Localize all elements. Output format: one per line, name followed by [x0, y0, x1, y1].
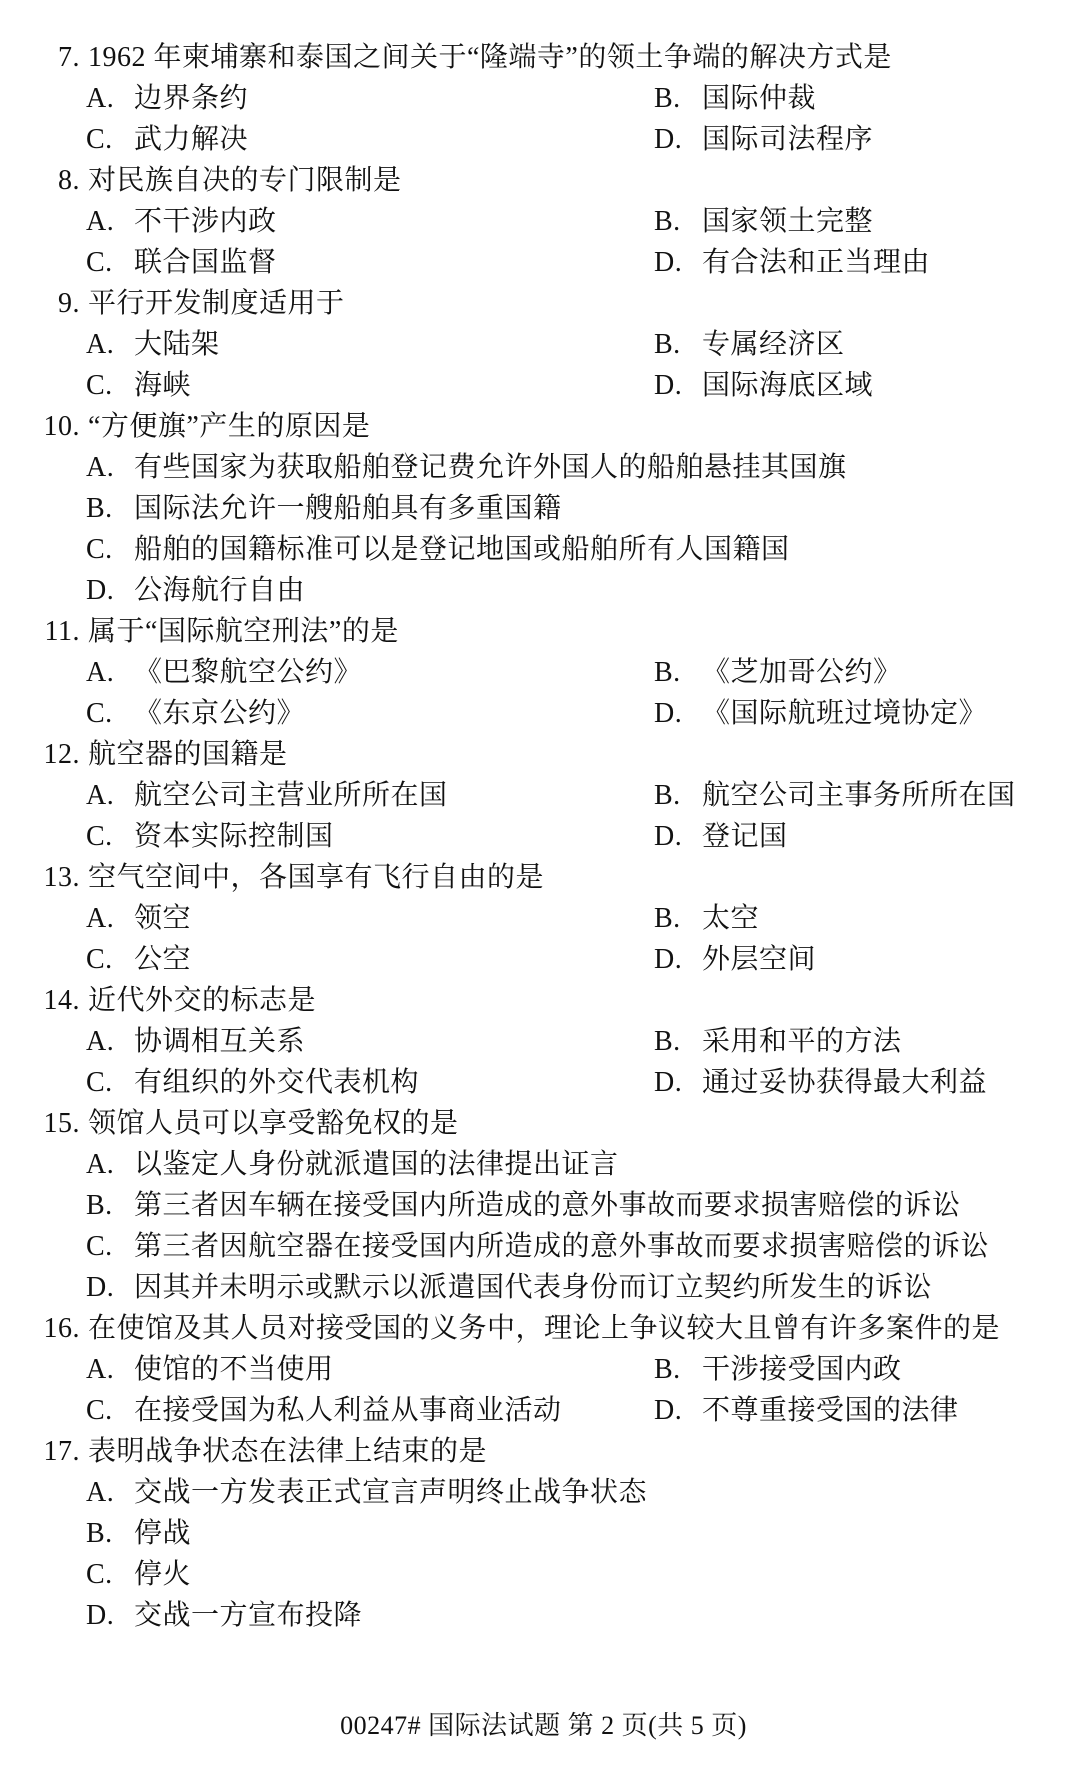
- option-text: 公海航行自由: [134, 570, 305, 611]
- option-label: A.: [86, 898, 134, 939]
- option: D.公海航行自由: [0, 570, 1073, 611]
- option-text: 联合国监督: [134, 242, 277, 283]
- option-label: C.: [86, 816, 134, 857]
- option-text: 不干涉内政: [134, 201, 277, 242]
- option-text: 协调相互关系: [134, 1021, 305, 1062]
- option-text: 资本实际控制国: [134, 816, 334, 857]
- option-text: 有合法和正当理由: [702, 242, 930, 283]
- question-stem: 对民族自决的专门限制是: [88, 160, 402, 201]
- option-text: 国际仲裁: [702, 78, 816, 119]
- question: 15. 领馆人员可以享受豁免权的是 A.以鉴定人身份就派遣国的法律提出证言 B.…: [0, 1103, 1073, 1308]
- option: C.海峡: [86, 365, 654, 406]
- question: 12. 航空器的国籍是 A.航空公司主营业所所在国 B.航空公司主事务所所在国 …: [0, 734, 1073, 857]
- option-label: C.: [86, 1062, 134, 1103]
- question-number: 17.: [0, 1431, 80, 1472]
- option-text: 国际法允许一艘船舶具有多重国籍: [134, 488, 562, 529]
- question-stem: 航空器的国籍是: [88, 734, 288, 775]
- question-stem: 领馆人员可以享受豁免权的是: [88, 1103, 459, 1144]
- option: C.船舶的国籍标准可以是登记地国或船舶所有人国籍国: [0, 529, 1073, 570]
- option-text: 干涉接受国内政: [702, 1349, 902, 1390]
- option-label: D.: [654, 939, 702, 980]
- question: 17. 表明战争状态在法律上结束的是 A.交战一方发表正式宣言声明终止战争状态 …: [0, 1431, 1073, 1636]
- option: D.国际司法程序: [654, 119, 1073, 160]
- options: A.领空 B.太空 C.公空 D.外层空间: [0, 898, 1073, 980]
- option-label: A.: [86, 324, 134, 365]
- option-text: 在接受国为私人利益从事商业活动: [134, 1390, 562, 1431]
- exam-page: 7. 1962 年柬埔寨和泰国之间关于“隆端寺”的领土争端的解决方式是 A.边界…: [0, 37, 1073, 1636]
- option: D.交战一方宣布投降: [0, 1595, 1073, 1636]
- option: A.交战一方发表正式宣言声明终止战争状态: [0, 1472, 1073, 1513]
- question-number: 7.: [0, 37, 80, 78]
- question-number: 11.: [0, 611, 80, 652]
- option: B.航空公司主事务所所在国: [654, 775, 1073, 816]
- option-text: 航空公司主事务所所在国: [702, 775, 1016, 816]
- option-text: 太空: [702, 898, 759, 939]
- option-text: 停火: [134, 1554, 191, 1595]
- option-label: A.: [86, 1021, 134, 1062]
- option-label: D.: [86, 1267, 134, 1308]
- question-stem: “方便旗”产生的原因是: [88, 406, 370, 447]
- option: C.停火: [0, 1554, 1073, 1595]
- question: 11. 属于“国际航空刑法”的是 A.《巴黎航空公约》 B.《芝加哥公约》 C.…: [0, 611, 1073, 734]
- options: A.不干涉内政 B.国家领土完整 C.联合国监督 D.有合法和正当理由: [0, 201, 1073, 283]
- option-label: D.: [654, 365, 702, 406]
- option: C.第三者因航空器在接受国内所造成的意外事故而要求损害赔偿的诉讼: [0, 1226, 1073, 1267]
- option-text: 领空: [134, 898, 191, 939]
- option: B.太空: [654, 898, 1073, 939]
- option-label: B.: [654, 898, 702, 939]
- option: A.有些国家为获取船舶登记费允许外国人的船舶悬挂其国旗: [0, 447, 1073, 488]
- option-label: B.: [654, 201, 702, 242]
- option-label: A.: [86, 1349, 134, 1390]
- option: B.专属经济区: [654, 324, 1073, 365]
- option-text: 公空: [134, 939, 191, 980]
- options: A.协调相互关系 B.采用和平的方法 C.有组织的外交代表机构 D.通过妥协获得…: [0, 1021, 1073, 1103]
- option-label: A.: [86, 775, 134, 816]
- question-stem-line: 12. 航空器的国籍是: [0, 734, 1073, 775]
- option-text: 船舶的国籍标准可以是登记地国或船舶所有人国籍国: [134, 529, 790, 570]
- question-number: 14.: [0, 980, 80, 1021]
- option-text: 《国际航班过境协定》: [702, 693, 987, 734]
- option-text: 有组织的外交代表机构: [134, 1062, 419, 1103]
- option-text: 大陆架: [134, 324, 220, 365]
- option: B.《芝加哥公约》: [654, 652, 1073, 693]
- question-stem-line: 15. 领馆人员可以享受豁免权的是: [0, 1103, 1073, 1144]
- option-text: 边界条约: [134, 78, 248, 119]
- question-number: 9.: [0, 283, 80, 324]
- option-text: 《芝加哥公约》: [702, 652, 902, 693]
- option: C.公空: [86, 939, 654, 980]
- question: 7. 1962 年柬埔寨和泰国之间关于“隆端寺”的领土争端的解决方式是 A.边界…: [0, 37, 1073, 160]
- option-label: C.: [86, 939, 134, 980]
- option-text: 武力解决: [134, 119, 248, 160]
- option-text: 航空公司主营业所所在国: [134, 775, 448, 816]
- option-label: B.: [86, 1513, 134, 1554]
- option-text: 交战一方宣布投降: [134, 1595, 362, 1636]
- option: A.《巴黎航空公约》: [86, 652, 654, 693]
- option-text: 《东京公约》: [134, 693, 305, 734]
- question-stem-line: 17. 表明战争状态在法律上结束的是: [0, 1431, 1073, 1472]
- option: C.武力解决: [86, 119, 654, 160]
- option-label: B.: [654, 1349, 702, 1390]
- option: D.《国际航班过境协定》: [654, 693, 1073, 734]
- question: 9. 平行开发制度适用于 A.大陆架 B.专属经济区 C.海峡 D.国际海底区域: [0, 283, 1073, 406]
- option-label: B.: [86, 1185, 134, 1226]
- question-stem: 近代外交的标志是: [88, 980, 316, 1021]
- option-label: C.: [86, 529, 134, 570]
- option: B.采用和平的方法: [654, 1021, 1073, 1062]
- option-label: A.: [86, 1144, 134, 1185]
- option: C.联合国监督: [86, 242, 654, 283]
- option: A.不干涉内政: [86, 201, 654, 242]
- option-text: 国际司法程序: [702, 119, 873, 160]
- question-number: 8.: [0, 160, 80, 201]
- option: A.领空: [86, 898, 654, 939]
- option-label: D.: [86, 1595, 134, 1636]
- option-label: C.: [86, 1390, 134, 1431]
- option-text: 不尊重接受国的法律: [702, 1390, 959, 1431]
- question-number: 12.: [0, 734, 80, 775]
- option-text: 因其并未明示或默示以派遣国代表身份而订立契约所发生的诉讼: [134, 1267, 932, 1308]
- options: A.边界条约 B.国际仲裁 C.武力解决 D.国际司法程序: [0, 78, 1073, 160]
- question-stem: 1962 年柬埔寨和泰国之间关于“隆端寺”的领土争端的解决方式是: [88, 37, 892, 78]
- option-text: 专属经济区: [702, 324, 845, 365]
- question-stem-line: 11. 属于“国际航空刑法”的是: [0, 611, 1073, 652]
- option-label: C.: [86, 1226, 134, 1267]
- option: B.国际法允许一艘船舶具有多重国籍: [0, 488, 1073, 529]
- option-label: D.: [654, 242, 702, 283]
- option: C.《东京公约》: [86, 693, 654, 734]
- option-label: B.: [654, 78, 702, 119]
- option: A.航空公司主营业所所在国: [86, 775, 654, 816]
- option: C.在接受国为私人利益从事商业活动: [86, 1390, 654, 1431]
- question-stem-line: 8. 对民族自决的专门限制是: [0, 160, 1073, 201]
- option-label: C.: [86, 693, 134, 734]
- option-text: 有些国家为获取船舶登记费允许外国人的船舶悬挂其国旗: [134, 447, 847, 488]
- question-stem-line: 16. 在使馆及其人员对接受国的义务中，理论上争议较大且曾有许多案件的是: [0, 1308, 1073, 1349]
- option: A.协调相互关系: [86, 1021, 654, 1062]
- option-text: 采用和平的方法: [702, 1021, 902, 1062]
- option-label: A.: [86, 447, 134, 488]
- option-text: 停战: [134, 1513, 191, 1554]
- option: B.停战: [0, 1513, 1073, 1554]
- option-text: 《巴黎航空公约》: [134, 652, 362, 693]
- option: D.登记国: [654, 816, 1073, 857]
- option-label: C.: [86, 119, 134, 160]
- option-label: D.: [654, 816, 702, 857]
- option-text: 国家领土完整: [702, 201, 873, 242]
- question: 16. 在使馆及其人员对接受国的义务中，理论上争议较大且曾有许多案件的是 A.使…: [0, 1308, 1073, 1431]
- option: C.有组织的外交代表机构: [86, 1062, 654, 1103]
- option-text: 通过妥协获得最大利益: [702, 1062, 987, 1103]
- option: B.国际仲裁: [654, 78, 1073, 119]
- option-text: 外层空间: [702, 939, 816, 980]
- question-stem: 属于“国际航空刑法”的是: [88, 611, 399, 652]
- option: A.大陆架: [86, 324, 654, 365]
- option-label: C.: [86, 1554, 134, 1595]
- option: B.国家领土完整: [654, 201, 1073, 242]
- option-text: 第三者因车辆在接受国内所造成的意外事故而要求损害赔偿的诉讼: [134, 1185, 961, 1226]
- option-label: B.: [86, 488, 134, 529]
- question-stem-line: 14. 近代外交的标志是: [0, 980, 1073, 1021]
- option-text: 使馆的不当使用: [134, 1349, 334, 1390]
- question-stem-line: 7. 1962 年柬埔寨和泰国之间关于“隆端寺”的领土争端的解决方式是: [0, 37, 1073, 78]
- question-stem: 空气空间中，各国享有飞行自由的是: [88, 857, 544, 898]
- option: D.不尊重接受国的法律: [654, 1390, 1073, 1431]
- option-text: 国际海底区域: [702, 365, 873, 406]
- page-footer: 00247# 国际法试题 第 2 页(共 5 页): [0, 1705, 1073, 1742]
- question-number: 16.: [0, 1308, 80, 1349]
- option: B.干涉接受国内政: [654, 1349, 1073, 1390]
- options: A.《巴黎航空公约》 B.《芝加哥公约》 C.《东京公约》 D.《国际航班过境协…: [0, 652, 1073, 734]
- option-text: 以鉴定人身份就派遣国的法律提出证言: [134, 1144, 619, 1185]
- option-label: D.: [654, 693, 702, 734]
- option: D.有合法和正当理由: [654, 242, 1073, 283]
- option-label: C.: [86, 242, 134, 283]
- question-number: 13.: [0, 857, 80, 898]
- question-stem: 在使馆及其人员对接受国的义务中，理论上争议较大且曾有许多案件的是: [88, 1308, 1000, 1349]
- option-label: A.: [86, 1472, 134, 1513]
- option: D.国际海底区域: [654, 365, 1073, 406]
- option-text: 登记国: [702, 816, 788, 857]
- option-label: B.: [654, 1021, 702, 1062]
- option: A.使馆的不当使用: [86, 1349, 654, 1390]
- option-label: D.: [654, 1390, 702, 1431]
- question-number: 10.: [0, 406, 80, 447]
- question-stem-line: 9. 平行开发制度适用于: [0, 283, 1073, 324]
- question-stem-line: 10. “方便旗”产生的原因是: [0, 406, 1073, 447]
- option-text: 第三者因航空器在接受国内所造成的意外事故而要求损害赔偿的诉讼: [134, 1226, 989, 1267]
- option-label: D.: [86, 570, 134, 611]
- option-label: B.: [654, 775, 702, 816]
- option-label: D.: [654, 119, 702, 160]
- option-label: B.: [654, 652, 702, 693]
- option: D.外层空间: [654, 939, 1073, 980]
- options: A.大陆架 B.专属经济区 C.海峡 D.国际海底区域: [0, 324, 1073, 406]
- option-label: D.: [654, 1062, 702, 1103]
- option-label: A.: [86, 201, 134, 242]
- option: B.第三者因车辆在接受国内所造成的意外事故而要求损害赔偿的诉讼: [0, 1185, 1073, 1226]
- option: D.因其并未明示或默示以派遣国代表身份而订立契约所发生的诉讼: [0, 1267, 1073, 1308]
- option: A.边界条约: [86, 78, 654, 119]
- options: A.航空公司主营业所所在国 B.航空公司主事务所所在国 C.资本实际控制国 D.…: [0, 775, 1073, 857]
- options: A.使馆的不当使用 B.干涉接受国内政 C.在接受国为私人利益从事商业活动 D.…: [0, 1349, 1073, 1431]
- option-label: B.: [654, 324, 702, 365]
- question: 10. “方便旗”产生的原因是 A.有些国家为获取船舶登记费允许外国人的船舶悬挂…: [0, 406, 1073, 611]
- option: A.以鉴定人身份就派遣国的法律提出证言: [0, 1144, 1073, 1185]
- question: 14. 近代外交的标志是 A.协调相互关系 B.采用和平的方法 C.有组织的外交…: [0, 980, 1073, 1103]
- option-text: 海峡: [134, 365, 191, 406]
- option: C.资本实际控制国: [86, 816, 654, 857]
- question-stem: 表明战争状态在法律上结束的是: [88, 1431, 487, 1472]
- option-label: A.: [86, 652, 134, 693]
- question: 13. 空气空间中，各国享有飞行自由的是 A.领空 B.太空 C.公空 D.外层…: [0, 857, 1073, 980]
- option: D.通过妥协获得最大利益: [654, 1062, 1073, 1103]
- option-text: 交战一方发表正式宣言声明终止战争状态: [134, 1472, 647, 1513]
- option-label: C.: [86, 365, 134, 406]
- question: 8. 对民族自决的专门限制是 A.不干涉内政 B.国家领土完整 C.联合国监督 …: [0, 160, 1073, 283]
- question-number: 15.: [0, 1103, 80, 1144]
- question-stem: 平行开发制度适用于: [88, 283, 345, 324]
- question-stem-line: 13. 空气空间中，各国享有飞行自由的是: [0, 857, 1073, 898]
- option-label: A.: [86, 78, 134, 119]
